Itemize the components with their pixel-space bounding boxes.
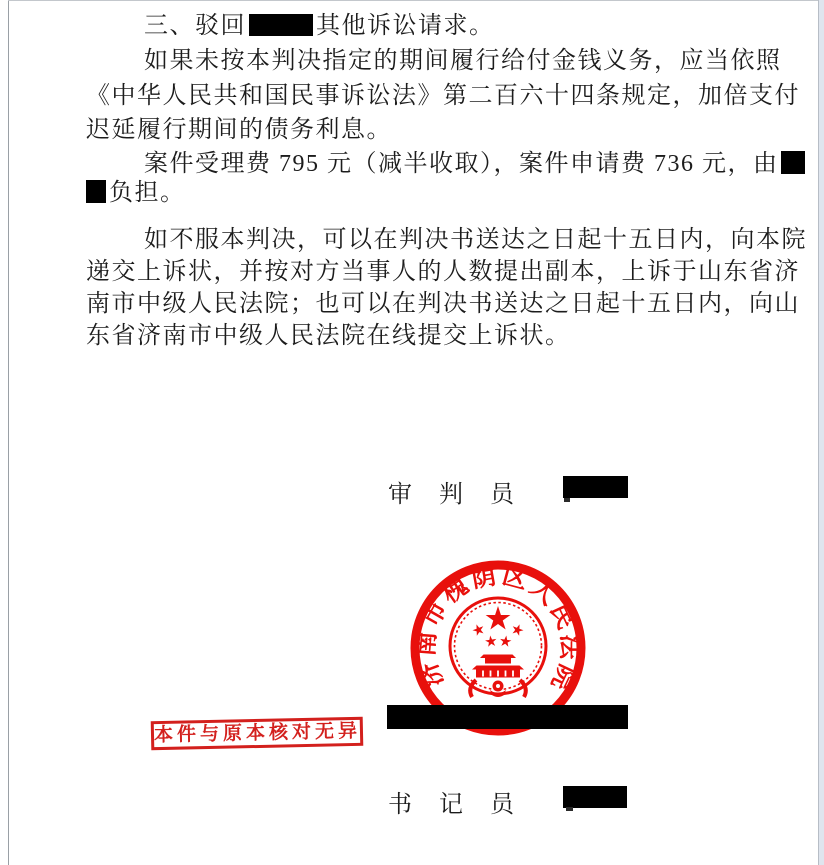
appeal-clause-line-1: 如不服本判决，可以在判决书送达之日起十五日内，向本院: [86, 227, 824, 253]
judge-name-redaction-box: [563, 476, 628, 498]
verification-stamp: 本件与原本核对无异: [151, 717, 364, 750]
judge-title-label: 审判员: [388, 474, 541, 509]
redaction-box: [781, 151, 805, 174]
judgment-item-3-line: 三、驳回其他诉讼请求。: [86, 13, 824, 39]
small-star-icon: [510, 622, 524, 636]
clerk-title-label: 书记员: [388, 784, 541, 819]
judgment-text: 其他诉讼请求。: [316, 13, 495, 39]
judgment-text: 《中华人民共和国民事诉讼法》第二百六十四条规定，加倍支付: [86, 83, 800, 109]
clerk-name-redaction-box: [563, 786, 627, 808]
court-fee-line-1: 案件受理费 795 元（减半收取），案件申请费 736 元，由: [86, 151, 824, 177]
signature-stroke-mark: [564, 498, 570, 502]
judgment-text: 东省济南市中级人民法院在线提交上诉状。: [86, 323, 571, 349]
page-top-edge: [8, 0, 819, 1]
judgment-text: 案件受理费 795 元（减半收取），案件申请费 736 元，由: [144, 151, 779, 177]
judgment-text: 负担。: [109, 180, 186, 206]
redaction-box: [249, 14, 313, 36]
small-star-icon: [485, 635, 498, 647]
court-fee-line-2: 负担。: [86, 180, 822, 206]
seal-area-redaction-bar: [387, 705, 628, 729]
signature-stroke-mark: [566, 807, 573, 811]
scanned-judgment-page: 三、驳回其他诉讼请求。 如果未按本判决指定的期间履行给付金钱义务，应当依照 《中…: [0, 0, 824, 865]
interest-clause-line-2: 《中华人民共和国民事诉讼法》第二百六十四条规定，加倍支付: [86, 83, 822, 109]
interest-clause-line-3: 迟延履行期间的债务利息。: [86, 117, 822, 143]
interest-clause-line-1: 如果未按本判决指定的期间履行给付金钱义务，应当依照: [86, 48, 824, 74]
small-star-icon: [471, 622, 485, 636]
appeal-clause-line-3: 南市中级人民法院；也可以在判决书送达之日起十五日内，向山: [86, 291, 822, 317]
appeal-clause-line-2: 递交上诉状，并按对方当事人的人数提出副本，上诉于山东省济: [86, 259, 822, 285]
judgment-text: 如果未按本判决指定的期间履行给付金钱义务，应当依照: [144, 48, 782, 74]
appeal-clause-line-4: 东省济南市中级人民法院在线提交上诉状。: [86, 323, 822, 349]
page-left-edge: [8, 0, 9, 865]
judgment-text: 三、驳回: [144, 13, 246, 39]
judgment-text: 如不服本判决，可以在判决书送达之日起十五日内，向本院: [144, 227, 807, 253]
judgment-text: 南市中级人民法院；也可以在判决书送达之日起十五日内，向山: [86, 291, 800, 317]
judgment-text: 递交上诉状，并按对方当事人的人数提出副本，上诉于山东省济: [86, 259, 800, 285]
tiananmen-icon: [472, 655, 524, 678]
judgment-text: 迟延履行期间的债务利息。: [86, 117, 392, 143]
redaction-box: [86, 180, 106, 203]
small-star-icon: [499, 635, 512, 647]
big-star-icon: [486, 606, 511, 630]
national-emblem-icon: [450, 598, 546, 697]
